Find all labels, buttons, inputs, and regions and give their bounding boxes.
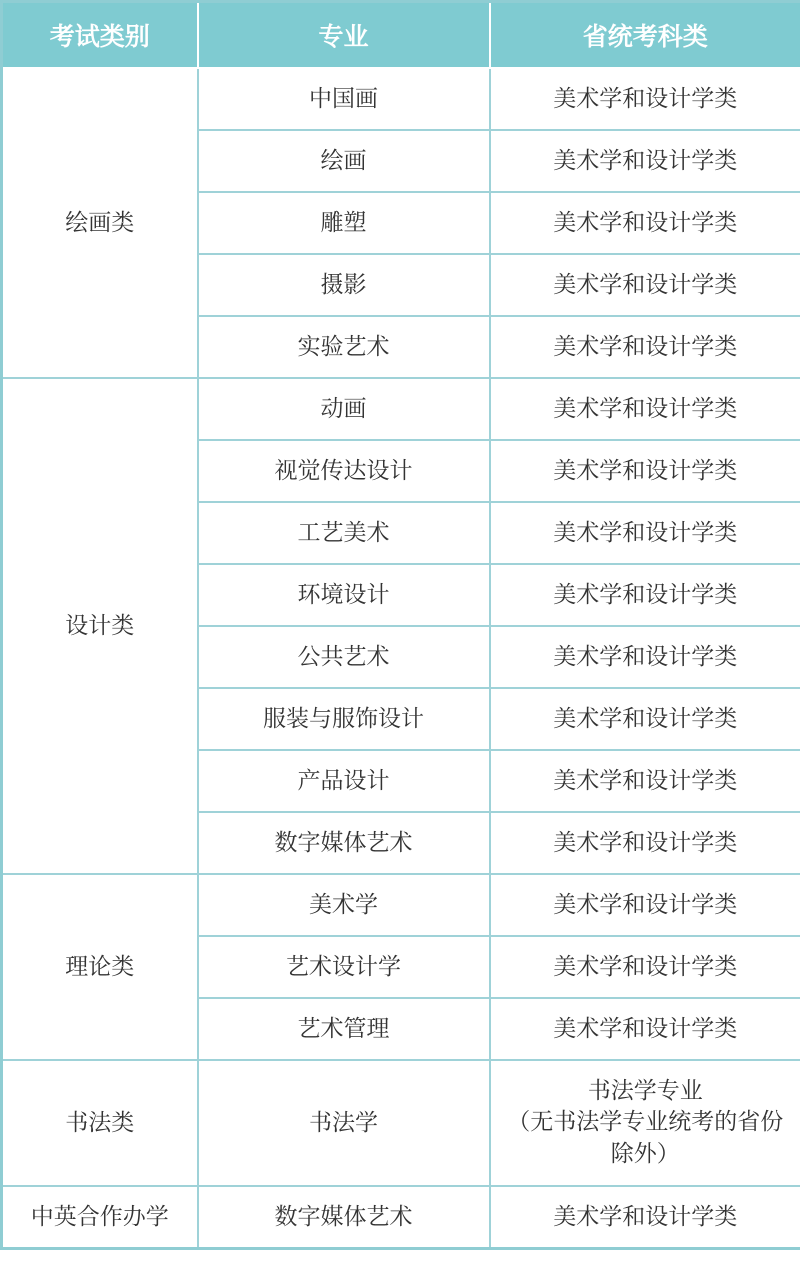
major-cell: 工艺美术 (198, 502, 490, 564)
exam-type-cell: 美术学和设计学类 (490, 626, 800, 688)
exam-type-cell: 美术学和设计学类 (490, 1186, 800, 1249)
category-cell: 绘画类 (2, 68, 198, 378)
major-cell: 数字媒体艺术 (198, 812, 490, 874)
exam-type-cell: 美术学和设计学类 (490, 936, 800, 998)
exam-type-cell: 美术学和设计学类 (490, 564, 800, 626)
header-provincial-exam-type: 省统考科类 (490, 2, 800, 69)
major-cell: 美术学 (198, 874, 490, 936)
category-cell: 书法类 (2, 1060, 198, 1186)
exam-type-cell: 美术学和设计学类 (490, 688, 800, 750)
table-row: 绘画类 中国画 美术学和设计学类 (2, 68, 800, 130)
major-cell: 书法学 (198, 1060, 490, 1186)
major-cell: 产品设计 (198, 750, 490, 812)
header-exam-category: 考试类别 (2, 2, 198, 69)
exam-type-cell: 美术学和设计学类 (490, 502, 800, 564)
exam-type-cell: 美术学和设计学类 (490, 378, 800, 440)
major-cell: 动画 (198, 378, 490, 440)
major-cell: 绘画 (198, 130, 490, 192)
major-cell: 公共艺术 (198, 626, 490, 688)
category-cell: 理论类 (2, 874, 198, 1060)
major-cell: 环境设计 (198, 564, 490, 626)
major-cell: 服装与服饰设计 (198, 688, 490, 750)
category-cell: 设计类 (2, 378, 198, 874)
major-cell: 实验艺术 (198, 316, 490, 378)
major-cell: 艺术设计学 (198, 936, 490, 998)
category-cell: 中英合作办学 (2, 1186, 198, 1249)
major-cell: 摄影 (198, 254, 490, 316)
header-major: 专业 (198, 2, 490, 69)
major-cell: 中国画 (198, 68, 490, 130)
exam-type-note: （无书法学专业统考的省份除外） (499, 1107, 793, 1169)
exam-category-table: 考试类别 专业 省统考科类 绘画类 中国画 美术学和设计学类 绘画 美术学和设计… (0, 0, 800, 1250)
major-cell: 数字媒体艺术 (198, 1186, 490, 1249)
exam-type-cell: 美术学和设计学类 (490, 998, 800, 1060)
table-row: 书法类 书法学 书法学专业 （无书法学专业统考的省份除外） (2, 1060, 800, 1186)
exam-type-cell: 美术学和设计学类 (490, 130, 800, 192)
exam-type-main: 书法学专业 (499, 1076, 793, 1107)
exam-type-cell: 书法学专业 （无书法学专业统考的省份除外） (490, 1060, 800, 1186)
table-row: 理论类 美术学 美术学和设计学类 (2, 874, 800, 936)
table-row: 设计类 动画 美术学和设计学类 (2, 378, 800, 440)
exam-type-cell: 美术学和设计学类 (490, 440, 800, 502)
major-cell: 雕塑 (198, 192, 490, 254)
exam-type-cell: 美术学和设计学类 (490, 812, 800, 874)
major-cell: 视觉传达设计 (198, 440, 490, 502)
exam-type-cell: 美术学和设计学类 (490, 874, 800, 936)
exam-type-cell: 美术学和设计学类 (490, 68, 800, 130)
major-cell: 艺术管理 (198, 998, 490, 1060)
table-row: 中英合作办学 数字媒体艺术 美术学和设计学类 (2, 1186, 800, 1249)
header-row: 考试类别 专业 省统考科类 (2, 2, 800, 69)
exam-type-cell: 美术学和设计学类 (490, 254, 800, 316)
exam-type-cell: 美术学和设计学类 (490, 316, 800, 378)
exam-type-cell: 美术学和设计学类 (490, 750, 800, 812)
exam-type-cell: 美术学和设计学类 (490, 192, 800, 254)
